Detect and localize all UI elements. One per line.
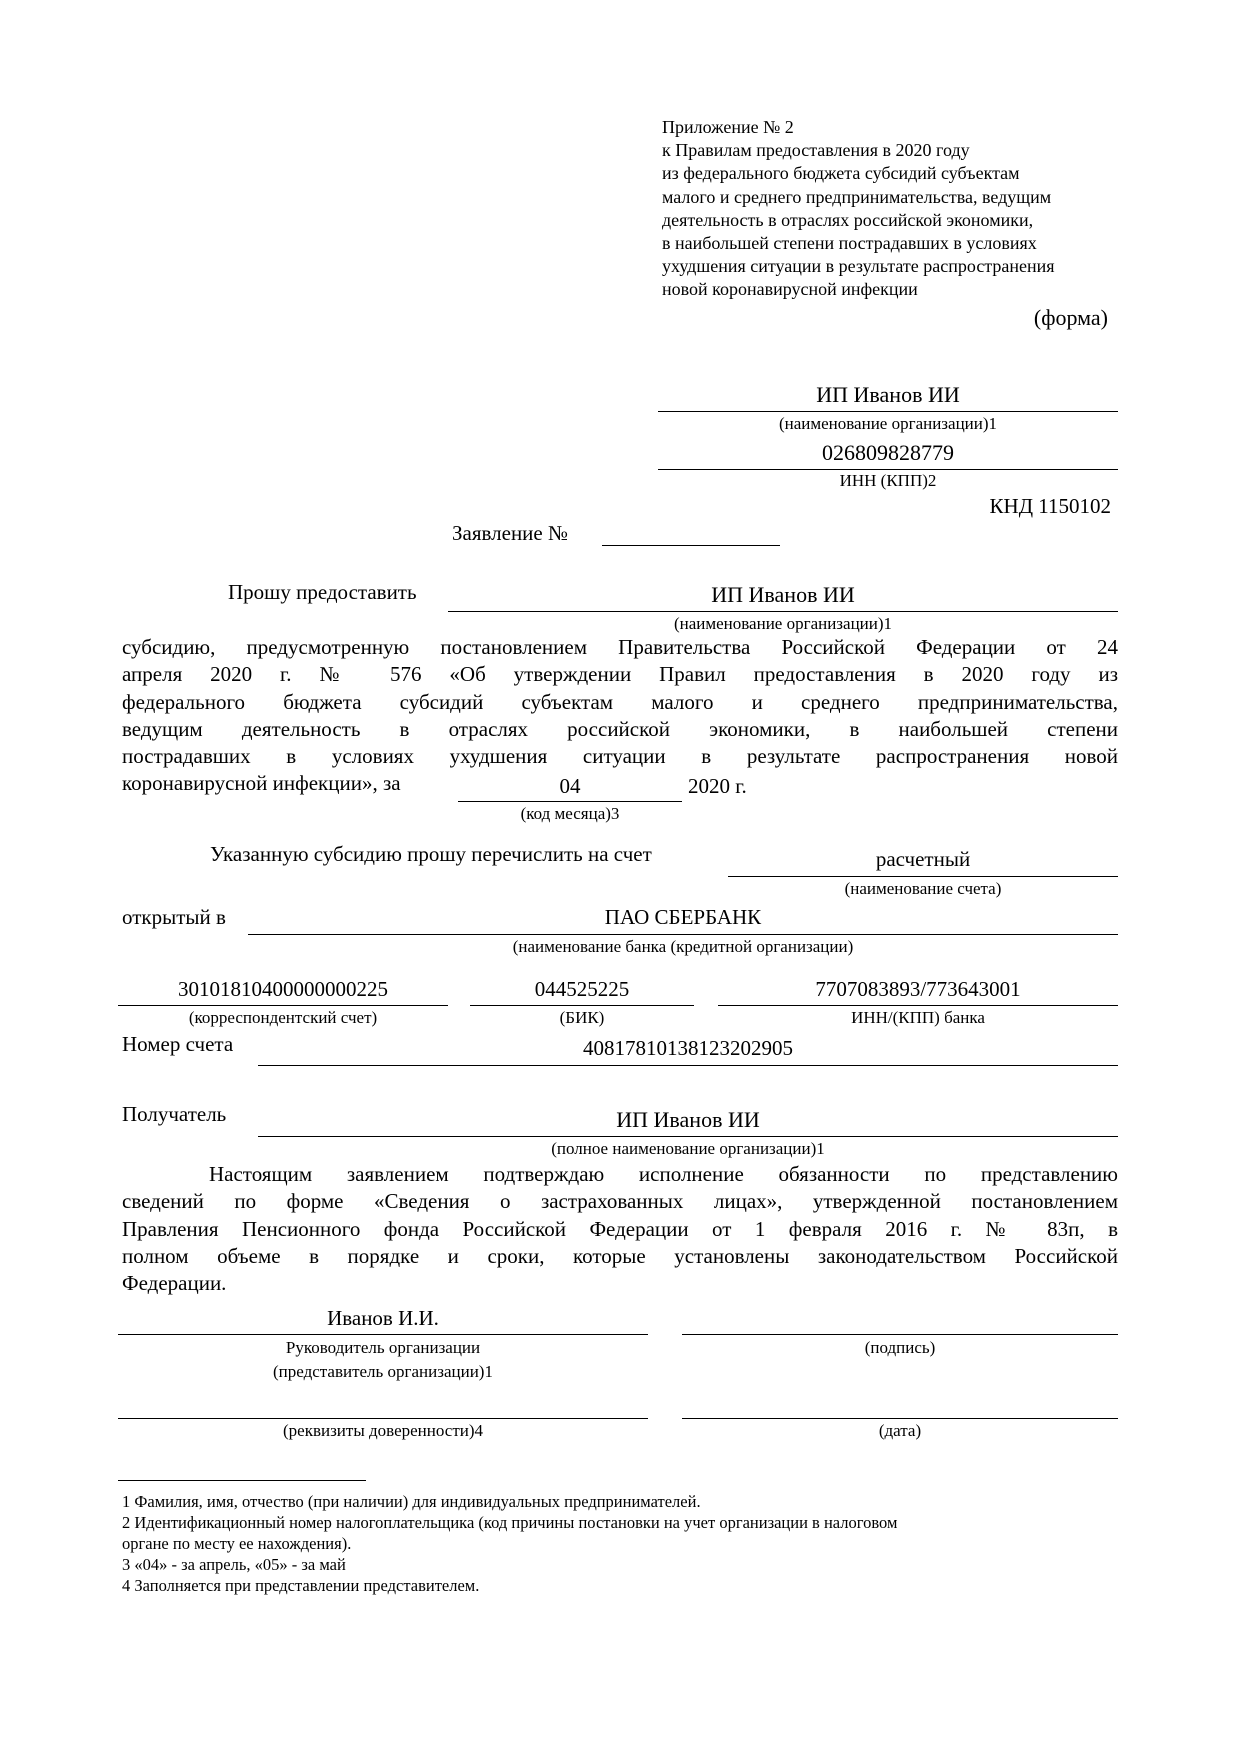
head-name-line xyxy=(118,1334,648,1335)
date-caption: (дата) xyxy=(682,1421,1118,1441)
opened-label: открытый в xyxy=(122,905,226,930)
appendix-line: новой коронавирусной инфекции xyxy=(662,278,1055,301)
bank-name-line xyxy=(248,934,1118,935)
bank-inn-kpp-caption: ИНН/(КПП) банка xyxy=(718,1008,1118,1028)
recipient-caption: (полное наименование организации)1 xyxy=(258,1139,1118,1159)
poa-line[interactable] xyxy=(118,1418,648,1419)
request-body: субсидию, предусмотренную постановлением… xyxy=(122,634,1118,770)
confirmation-text: Настоящим заявлением подтверждаю исполне… xyxy=(122,1161,1118,1297)
bank-inn-kpp-field[interactable]: 7707083893/773643001 xyxy=(718,977,1118,1002)
date-line[interactable] xyxy=(682,1418,1118,1419)
appendix-line: в наибольшей степени пострадавших в усло… xyxy=(662,232,1055,255)
poa-caption: (реквизиты доверенности)4 xyxy=(118,1421,648,1441)
bik-line xyxy=(470,1005,694,1006)
corr-account-line xyxy=(118,1005,448,1006)
month-code-line xyxy=(458,801,682,802)
confirmation-line: сведений по форме «Сведения о застрахова… xyxy=(122,1188,1118,1215)
year-suffix: 2020 г. xyxy=(688,774,747,799)
month-code-field[interactable]: 04 xyxy=(458,774,682,799)
knd-code: КНД 1150102 xyxy=(990,494,1111,519)
corr-account-field[interactable]: 30101810400000000225 xyxy=(118,977,448,1002)
bank-inn-kpp-line xyxy=(718,1005,1118,1006)
account-type-field[interactable]: расчетный xyxy=(728,847,1118,872)
applicant-org-name[interactable]: ИП Иванов ИИ xyxy=(658,382,1118,408)
applicant-org-name-line xyxy=(658,411,1118,412)
confirmation-line: Федерации. xyxy=(122,1270,1118,1297)
account-number-field[interactable]: 40817810138123202905 xyxy=(258,1036,1118,1061)
account-type-line xyxy=(728,876,1118,877)
footnote-separator xyxy=(118,1480,366,1481)
appendix-line: малого и среднего предпринимательства, в… xyxy=(662,186,1055,209)
signature-caption: (подпись) xyxy=(682,1338,1118,1358)
statement-title: Заявление № xyxy=(452,521,568,546)
account-number-label: Номер счета xyxy=(122,1032,233,1057)
request-org-caption: (наименование организации)1 xyxy=(448,614,1118,634)
request-body-line: федерального бюджета субсидий субъектам … xyxy=(122,689,1118,716)
applicant-inn-caption: ИНН (КПП)2 xyxy=(658,471,1118,491)
applicant-inn-line xyxy=(658,469,1118,470)
recipient-label: Получатель xyxy=(122,1102,226,1127)
applicant-inn[interactable]: 026809828779 xyxy=(658,440,1118,466)
appendix-line: ухудшения ситуации в результате распрост… xyxy=(662,255,1055,278)
bik-field[interactable]: 044525225 xyxy=(470,977,694,1002)
request-last-line-prefix: коронавирусной инфекции», за xyxy=(122,771,401,796)
recipient-name-field[interactable]: ИП Иванов ИИ xyxy=(258,1107,1118,1133)
head-caption-2: (представитель организации)1 xyxy=(118,1362,648,1382)
transfer-label: Указанную субсидию прошу перечислить на … xyxy=(210,842,652,867)
footnotes: 1 Фамилия, имя, отчество (при наличии) д… xyxy=(122,1491,1118,1596)
head-caption-1: Руководитель организации xyxy=(118,1338,648,1358)
recipient-name-line xyxy=(258,1136,1118,1137)
confirmation-line: Правления Пенсионного фонда Российской Ф… xyxy=(122,1216,1118,1243)
request-body-line: ведущим деятельность в отраслях российск… xyxy=(122,716,1118,743)
bank-name-caption: (наименование банка (кредитной организац… xyxy=(248,937,1118,957)
signature-line[interactable] xyxy=(682,1334,1118,1335)
appendix-header: Приложение № 2 к Правилам предоставления… xyxy=(662,116,1055,302)
request-org-name[interactable]: ИП Иванов ИИ xyxy=(448,582,1118,608)
request-body-line: субсидию, предусмотренную постановлением… xyxy=(122,634,1118,661)
footnote-1: 1 Фамилия, имя, отчество (при наличии) д… xyxy=(122,1491,1118,1512)
appendix-line: деятельность в отраслях российской эконо… xyxy=(662,209,1055,232)
bank-name-field[interactable]: ПАО СБЕРБАНК xyxy=(248,905,1118,930)
footnote-2-cont: органе по месту ее нахождения). xyxy=(122,1533,1118,1554)
applicant-org-name-caption: (наименование организации)1 xyxy=(658,414,1118,434)
bik-caption: (БИК) xyxy=(470,1008,694,1028)
form-label: (форма) xyxy=(1034,305,1108,331)
footnote-3: 3 «04» - за апрель, «05» - за май xyxy=(122,1554,1118,1575)
head-name-field[interactable]: Иванов И.И. xyxy=(118,1306,648,1331)
account-type-caption: (наименование счета) xyxy=(728,879,1118,899)
corr-account-caption: (корреспондентский счет) xyxy=(118,1008,448,1028)
month-code-caption: (код месяца)3 xyxy=(458,804,682,824)
appendix-line: к Правилам предоставления в 2020 году xyxy=(662,139,1055,162)
request-body-line: пострадавших в условиях ухудшения ситуац… xyxy=(122,743,1118,770)
footnote-4: 4 Заполняется при представлении представ… xyxy=(122,1575,1118,1596)
confirmation-line: Настоящим заявлением подтверждаю исполне… xyxy=(122,1161,1118,1188)
appendix-line: из федерального бюджета субсидий субъект… xyxy=(662,162,1055,185)
statement-number-field[interactable] xyxy=(602,521,780,546)
account-number-line xyxy=(258,1065,1118,1066)
footnote-2: 2 Идентификационный номер налогоплательщ… xyxy=(122,1512,1118,1533)
request-label: Прошу предоставить xyxy=(228,580,417,605)
appendix-line: Приложение № 2 xyxy=(662,116,1055,139)
request-org-line xyxy=(448,611,1118,612)
confirmation-line: полном объеме в порядке и сроки, которые… xyxy=(122,1243,1118,1270)
request-body-line: апреля 2020 г. № 576 «Об утверждении Пра… xyxy=(122,661,1118,688)
